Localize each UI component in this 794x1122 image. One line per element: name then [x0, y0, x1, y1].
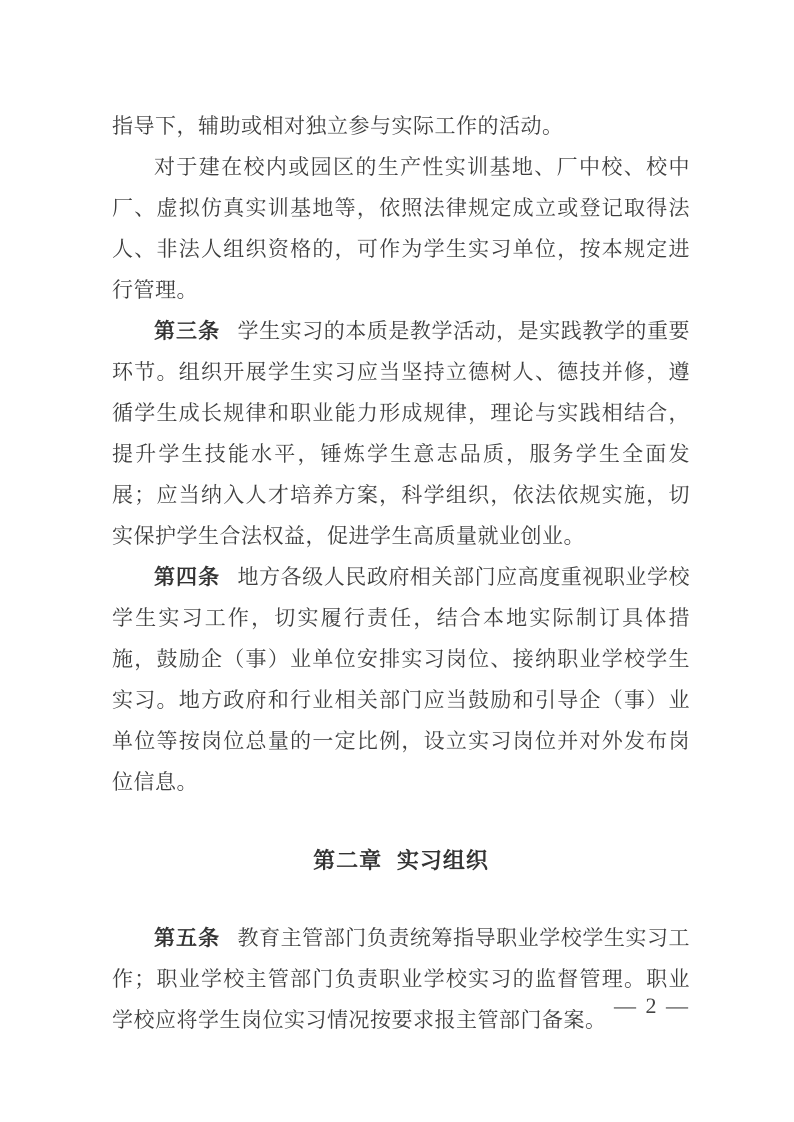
- paragraph-text: 对于建在校内或园区的生产性实训基地、厂中校、校中厂、虚拟仿真实训基地等，依照法律…: [112, 155, 690, 302]
- paragraph-article-3: 第三条 学生实习的本质是教学活动，是实践教学的重要环节。组织开展学生实习应当坚持…: [112, 311, 690, 557]
- page-number: — 2 —: [614, 993, 690, 1019]
- paragraph-text: 学生实习的本质是教学活动，是实践教学的重要环节。组织开展学生实习应当坚持立德树人…: [112, 319, 690, 548]
- paragraph: 对于建在校内或园区的生产性实训基地、厂中校、校中厂、虚拟仿真实训基地等，依照法律…: [112, 147, 690, 311]
- article-number: 第三条: [154, 320, 220, 343]
- paragraph-article-4: 第四条 地方各级人民政府相关部门应高度重视职业学校学生实习工作，切实履行责任，结…: [112, 557, 690, 803]
- paragraph-article-5: 第五条 教育主管部门负责统筹指导职业学校学生实习工作；职业学校主管部门负责职业学…: [112, 918, 690, 1041]
- chapter-heading: 第二章 实习组织: [112, 840, 690, 881]
- document-body: 指导下，辅助或相对独立参与实际工作的活动。 对于建在校内或园区的生产性实训基地、…: [112, 106, 690, 1041]
- paragraph-text: 地方各级人民政府相关部门应高度重视职业学校学生实习工作，切实履行责任，结合本地实…: [112, 565, 690, 794]
- paragraph-text: 指导下，辅助或相对独立参与实际工作的活动。: [112, 114, 564, 138]
- document-page: 指导下，辅助或相对独立参与实际工作的活动。 对于建在校内或园区的生产性实训基地、…: [0, 0, 794, 1122]
- article-number: 第五条: [154, 927, 220, 950]
- article-number: 第四条: [154, 566, 220, 589]
- paragraph-continuation: 指导下，辅助或相对独立参与实际工作的活动。: [112, 106, 690, 147]
